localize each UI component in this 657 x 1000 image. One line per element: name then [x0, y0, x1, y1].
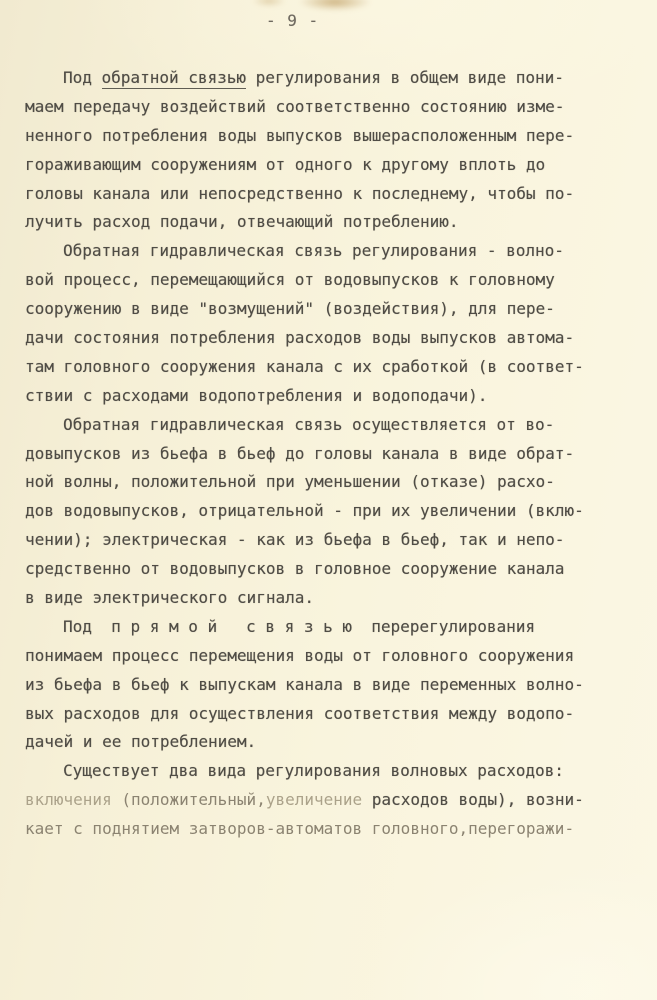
text-segment-dim: кает с поднятием затворов-автоматов голо… [25, 819, 574, 838]
text-segment-normal: маем передачу воздействий соответственно… [25, 97, 564, 116]
text-segment-normal: Под [63, 617, 111, 636]
paper-stain [298, 0, 372, 11]
text-segment-normal: сооружению в виде "возмущений" (воздейст… [25, 299, 555, 318]
text-segment-dim: (положительный, [121, 790, 266, 809]
text-segment-normal: в виде электрического сигнала. [25, 588, 314, 607]
text-segment-faded: включения [25, 790, 121, 809]
text-line: ной волны, положительной при уменьшении … [25, 468, 625, 497]
text-line: вых расходов для осуществления соответст… [25, 700, 625, 729]
text-segment-normal: довыпусков из бьефа в бьеф до головы кан… [25, 444, 574, 463]
text-line: кает с поднятием затворов-автоматов голо… [25, 815, 625, 844]
text-segment-normal: ной волны, положительной при уменьшении … [25, 472, 555, 491]
text-line: из бьефа в бьеф к выпускам канала в виде… [25, 671, 625, 700]
text-segment-normal: дачи состояния потребления расходов воды… [25, 328, 574, 347]
text-line: Существует два вида регулирования волнов… [25, 757, 625, 786]
text-line: ненного потребления воды выпусков вышера… [25, 122, 625, 151]
text-line: Обратная гидравлическая связь осуществля… [25, 411, 625, 440]
text-segment-normal: регулирования в общем виде пони- [246, 68, 564, 87]
text-segment-normal: дов водовыпусков, отрицательной - при их… [25, 501, 584, 520]
text-segment-normal: Существует два вида регулирования волнов… [63, 761, 564, 780]
text-segment-normal: гораживающим сооружениям от одного к дру… [25, 155, 545, 174]
paper-stain-small [252, 0, 286, 7]
text-segment-normal: ствии с расходами водопотребления и водо… [25, 386, 487, 405]
scanned-page: - 9 - Под обратной связью регулирования … [0, 0, 657, 1000]
text-line: понимаем процесс перемещения воды от гол… [25, 642, 625, 671]
text-segment-normal: чении); электрическая - как из бьефа в б… [25, 530, 564, 549]
body-text: Под обратной связью регулирования в обще… [25, 64, 625, 844]
text-segment-faded: увеличение [266, 790, 362, 809]
text-line: гораживающим сооружениям от одного к дру… [25, 151, 625, 180]
text-line: Обратная гидравлическая связь регулирова… [25, 237, 625, 266]
text-line: довыпусков из бьефа в бьеф до головы кан… [25, 440, 625, 469]
text-line: ствии с расходами водопотребления и водо… [25, 382, 625, 411]
text-segment-normal: Под [63, 68, 102, 87]
text-segment-normal: вых расходов для осуществления соответст… [25, 704, 574, 723]
text-line: в виде электрического сигнала. [25, 584, 625, 613]
text-segment-normal: понимаем процесс перемещения воды от гол… [25, 646, 574, 665]
text-line: средственно от водовыпусков в головное с… [25, 555, 625, 584]
text-segment-normal: Обратная гидравлическая связь регулирова… [63, 241, 564, 260]
text-segment-underline: обратной связью [102, 68, 247, 89]
text-line: дов водовыпусков, отрицательной - при их… [25, 497, 625, 526]
text-line: Под обратной связью регулирования в обще… [25, 64, 625, 93]
text-segment-normal: ненного потребления воды выпусков вышера… [25, 126, 574, 145]
text-segment-normal: дачей и ее потреблением. [25, 732, 256, 751]
text-segment-normal: средственно от водовыпусков в головное с… [25, 559, 564, 578]
text-segment-normal: Обратная гидравлическая связь осуществля… [63, 415, 554, 434]
text-line: маем передачу воздействий соответственно… [25, 93, 625, 122]
text-segment-normal: лучить расход подачи, отвечающий потребл… [25, 212, 458, 231]
text-line: вой процесс, перемещающийся от водовыпус… [25, 266, 625, 295]
text-line: сооружению в виде "возмущений" (воздейст… [25, 295, 625, 324]
text-segment-normal: п р я м о й с в я з ь ю [111, 617, 352, 636]
text-segment-normal: там головного сооружения канала с их сра… [25, 357, 584, 376]
text-line: дачи состояния потребления расходов воды… [25, 324, 625, 353]
text-line: включения (положительный,увеличение расх… [25, 786, 625, 815]
text-segment-normal: вой процесс, перемещающийся от водовыпус… [25, 270, 555, 289]
page-number: - 9 - [266, 11, 319, 30]
text-line: там головного сооружения канала с их сра… [25, 353, 625, 382]
text-line: лучить расход подачи, отвечающий потребл… [25, 208, 625, 237]
text-line: головы канала или непосредственно к посл… [25, 180, 625, 209]
text-line: дачей и ее потреблением. [25, 728, 625, 757]
text-segment-normal: из бьефа в бьеф к выпускам канала в виде… [25, 675, 584, 694]
text-segment-normal: расходов воды), возни- [362, 790, 584, 809]
text-segment-normal: головы канала или непосредственно к посл… [25, 184, 574, 203]
text-line: чении); электрическая - как из бьефа в б… [25, 526, 625, 555]
text-segment-normal: перерегулирования [352, 617, 535, 636]
text-line: Под п р я м о й с в я з ь ю перерегулиро… [25, 613, 625, 642]
